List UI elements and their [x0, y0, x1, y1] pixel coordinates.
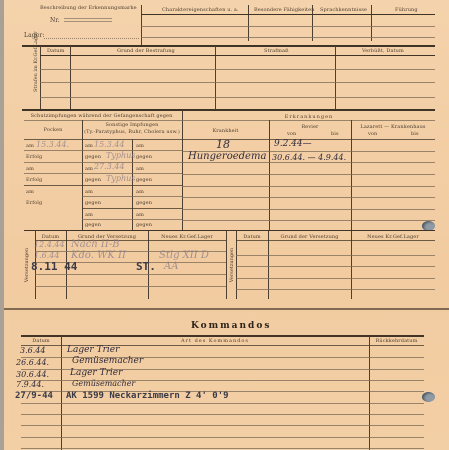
gegen-label: gegen: [136, 222, 152, 228]
am-label: am: [26, 166, 34, 172]
transfer-camp-3: AA: [164, 261, 178, 272]
transfer-date-2: 1.6.44: [34, 251, 59, 260]
am-label: am: [136, 189, 144, 195]
transfers-right-side-label: Versetzungen: [229, 245, 235, 285]
row-rule: [182, 220, 435, 221]
kommando-kind-1: Lager Trier: [67, 345, 119, 355]
col-pocken: Pocken: [24, 127, 82, 133]
header-rule: [141, 14, 435, 15]
col-other-vacc-sub: (Ty.-Paratyphus, Ruhr, Cholera usw.): [82, 129, 182, 135]
col-datum: Datum: [21, 338, 61, 344]
row-rule: [82, 208, 182, 209]
punishments-side-label: Strafen im Kr.Gef.Lager: [33, 42, 39, 92]
kommando-date-2: 26.6.44.: [16, 358, 49, 367]
am-label: am: [136, 212, 144, 218]
transfer-reason-1: Nach II-B: [71, 239, 120, 250]
row-rule: [236, 255, 435, 256]
erfolg-label: Erfolg: [26, 154, 42, 160]
header-divider: [141, 5, 142, 45]
special-skills-label: Besondere Fähigkeiten: [254, 7, 315, 13]
gegen-label: gegen: [85, 200, 101, 206]
kommando-kind-2: Gemüsemacher: [72, 356, 143, 366]
transfer-date-3: 8.11 44: [31, 260, 77, 273]
vaccinations-title: Schutzimpfungen während der Gefangenscha…: [24, 113, 179, 119]
kommando-date-5: 27/9-44: [15, 391, 53, 401]
row-rule: [21, 403, 424, 404]
header-divider: [248, 5, 249, 41]
row-rule: [236, 266, 435, 267]
row-rule: [182, 186, 435, 187]
row-rule: [82, 219, 182, 220]
col-divider: [61, 336, 62, 450]
kommando-date-4: 7.9.44.: [16, 380, 44, 389]
col-served: Verbüßt, Datum: [362, 48, 404, 54]
header-rule: [141, 37, 435, 38]
illness-1: 18: [216, 138, 230, 151]
section-rule: [22, 109, 435, 111]
col-illness: Krankheit: [182, 128, 269, 134]
kommandos-title: Kommandos: [191, 321, 271, 331]
section-rule: [22, 45, 435, 47]
row-rule: [82, 196, 182, 197]
col-reason: Grund der Bestrafung: [117, 48, 175, 54]
nr-underline: [64, 18, 112, 19]
am-label: am: [136, 166, 144, 172]
transfer-reason-3: ST.: [136, 260, 156, 273]
kommando-kind-3: Lager Trier: [70, 368, 122, 378]
gegen-label: gegen: [136, 154, 152, 160]
row-rule: [40, 69, 435, 70]
character-label: Charaktereigenschaften u. a.: [162, 7, 239, 13]
col-datum: Datum: [47, 48, 64, 54]
row-rule: [182, 174, 435, 175]
row-rule: [182, 209, 435, 210]
row-rule: [35, 274, 226, 275]
von-label: von: [287, 131, 296, 137]
header-divider: [312, 5, 313, 41]
row-rule: [182, 120, 435, 121]
pocken-date-1: 15.3.44.: [36, 140, 69, 149]
id-tag-label: Beschreibung der Erkennungsmarke: [40, 5, 137, 11]
bis-label: bis: [411, 131, 419, 137]
row-rule: [24, 150, 182, 151]
header-rule: [141, 26, 435, 27]
section-rule: [24, 230, 435, 231]
col-divider: [351, 120, 352, 230]
row-rule: [35, 286, 226, 287]
gegen-label: gegen: [85, 177, 101, 183]
pow-record-card: Beschreibung der Erkennungsmarke Nr. Lag…: [4, 0, 449, 450]
other-vacc-against-2: Typhus: [106, 174, 135, 183]
am-label: am: [26, 189, 34, 195]
transfer-reason-2: Kdo. WK II: [71, 250, 126, 261]
von-label: von: [368, 131, 377, 137]
am-label: am: [85, 143, 93, 149]
gegen-label: gegen: [85, 154, 101, 160]
row-rule: [40, 55, 435, 56]
other-vacc-date-1: 15.3.44: [94, 140, 125, 149]
nr-label: Nr.: [50, 17, 60, 24]
row-rule: [40, 82, 435, 83]
kommando-kind-5: AK 1599 Neckarzimmern Z 4' 0'9: [66, 391, 229, 401]
am-label: am: [85, 189, 93, 195]
row-rule: [236, 289, 435, 290]
row-rule: [24, 173, 182, 174]
col-kommando-kind: Art des Kommandos: [61, 338, 369, 344]
row-rule: [182, 162, 435, 163]
row-rule: [24, 185, 182, 186]
row-rule: [236, 240, 435, 241]
col-divider: [269, 120, 270, 230]
revier-1: 9.2.44—: [274, 139, 312, 149]
languages-label: Sprachkenntnisse: [320, 7, 367, 13]
erfolg-label: Erfolg: [26, 200, 42, 206]
kommando-kind-4: Gemüsemacher: [72, 379, 135, 388]
kommando-date-1: 3.6.44: [20, 346, 45, 355]
col-divider: [226, 231, 227, 299]
col-divider: [369, 336, 370, 450]
card-fold: [4, 308, 449, 310]
bis-label: bis: [331, 131, 339, 137]
section-rule: [21, 335, 424, 337]
lager-dotted-line: [44, 38, 139, 40]
conduct-label: Führung: [395, 7, 418, 13]
header-divider: [371, 5, 372, 41]
kommando-date-3: 30.6.44.: [16, 370, 49, 379]
punch-hole: [422, 392, 435, 402]
am-label: am: [85, 166, 93, 172]
col-revier: Revier: [269, 124, 351, 130]
col-return-date: Rückkehrdatum: [369, 338, 424, 344]
row-rule: [236, 278, 435, 279]
revier-2: 30.6.44. — 4.9.44.: [272, 153, 346, 162]
row-rule: [40, 97, 435, 98]
row-rule: [21, 414, 424, 415]
other-vacc-against-1: Typhus: [106, 151, 135, 160]
transfers-left-side-label: Versetzungen: [24, 245, 30, 285]
gegen-label: gegen: [85, 222, 101, 228]
am-label: am: [136, 143, 144, 149]
col-divider: [82, 120, 83, 230]
row-rule: [182, 197, 435, 198]
row-rule: [21, 448, 424, 449]
erfolg-label: Erfolg: [26, 177, 42, 183]
row-rule: [21, 425, 424, 426]
col-other-vacc: Sonstige Impfungen: [82, 122, 182, 128]
gegen-label: gegen: [136, 177, 152, 183]
transfer-camp-2: Stlg XII D: [159, 250, 209, 261]
am-label: am: [85, 212, 93, 218]
other-vacc-date-2: 27.3.44: [94, 162, 125, 171]
nr-underline: [64, 21, 112, 22]
row-rule: [24, 120, 182, 121]
transfer-date-1: 12.4.44: [34, 240, 65, 249]
col-lazarett: Lazarett — Krankenhaus: [351, 124, 435, 130]
illness-2: Hungeroedema: [188, 151, 266, 162]
col-penalty: Strafmaß: [264, 48, 289, 54]
row-rule: [21, 437, 424, 438]
gegen-label: gegen: [136, 200, 152, 206]
am-label: am: [26, 143, 34, 149]
